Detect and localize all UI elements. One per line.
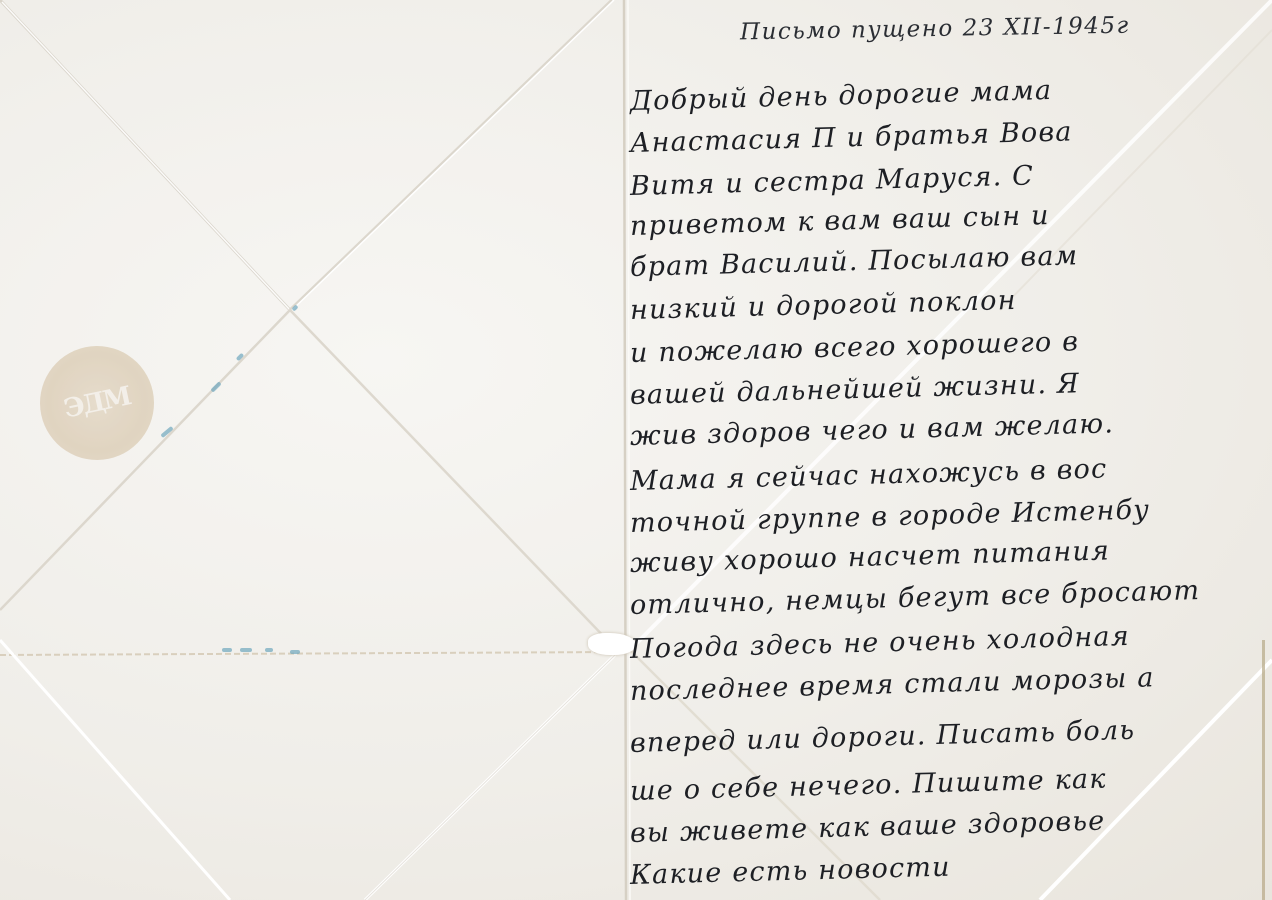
- blue-ink-mark: [291, 304, 298, 311]
- letter-line: Добрый день дорогие мама: [630, 75, 1053, 117]
- letter-line: вашей дальнейшей жизни. Я: [630, 368, 1081, 411]
- letter-line: Мама я сейчас нахожусь в вос: [630, 454, 1108, 497]
- letter-line: низкий и дорогой поклон: [630, 285, 1017, 326]
- letter-line: Витя и сестра Маруся. С: [630, 160, 1035, 202]
- letter-line: Анастасия П и братья Вова: [630, 116, 1073, 159]
- letter-sheet: ЭДМ Письмо пущено 23 XII-1945г Добрый де…: [0, 0, 1272, 900]
- letter-line: отлично, немцы бегут все бросают: [630, 575, 1201, 621]
- letter-line: и пожелаю всего хорошего в: [630, 326, 1080, 369]
- letter-dispatch-date: Письмо пущено 23 XII-1945г: [740, 13, 1130, 46]
- letter-line: брат Василий. Посылаю вам: [630, 240, 1079, 283]
- letter-line: точной группе в городе Истенбу: [630, 494, 1151, 539]
- letter-line: вы живете как ваше здоровье: [630, 806, 1106, 849]
- blue-ink-mark: [160, 426, 173, 438]
- letter-line: Погода здесь не очень холодная: [630, 621, 1131, 665]
- letter-line: последнее время стали морозы а: [630, 662, 1155, 707]
- letter-line: Какие есть новости: [630, 852, 951, 891]
- blue-ink-mark: [222, 648, 232, 652]
- blue-ink-mark: [210, 381, 221, 392]
- letter-line: живу хорошо насчет питания: [630, 535, 1111, 579]
- blue-ink-mark: [290, 650, 300, 654]
- blue-ink-mark: [240, 648, 252, 652]
- letter-line: ше о себе нечего. Пишите как: [630, 764, 1107, 807]
- postal-stamp: ЭДМ: [29, 335, 164, 470]
- letter-line: вперед или дороги. Писать боль: [630, 715, 1136, 759]
- blue-ink-mark: [265, 648, 273, 652]
- letter-line: жив здоров чего и вам желаю.: [630, 408, 1115, 452]
- paper-edge: [1262, 640, 1265, 900]
- blue-ink-mark: [236, 353, 244, 361]
- stamp-text: ЭДМ: [61, 381, 132, 424]
- letter-line: приветом к вам ваш сын и: [630, 200, 1050, 242]
